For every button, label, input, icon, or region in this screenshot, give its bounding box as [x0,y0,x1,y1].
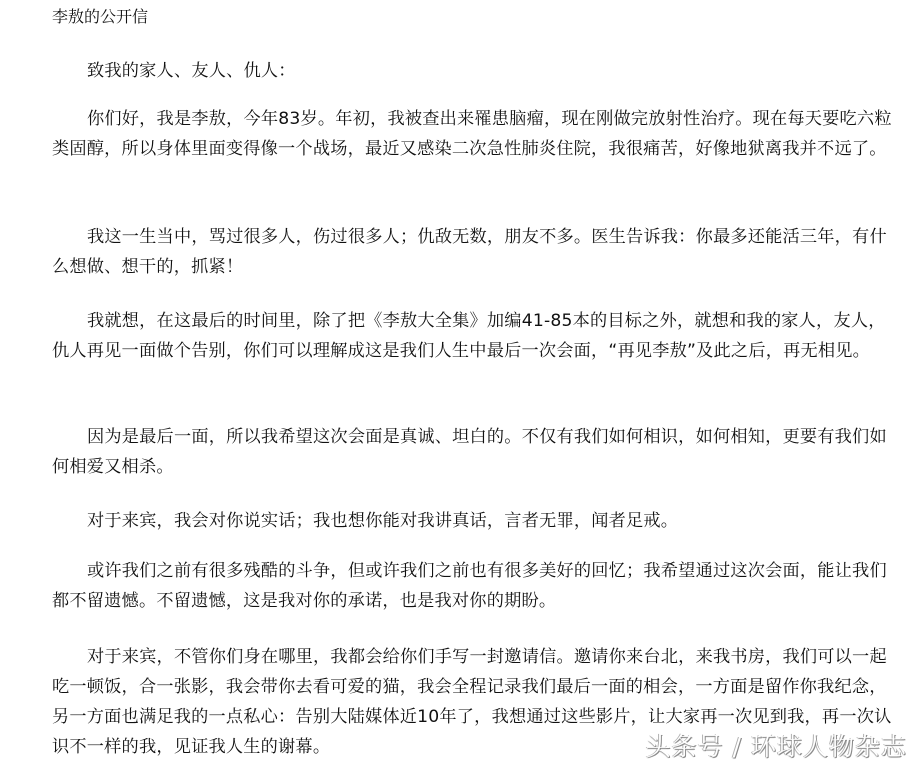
letter-title: 李敖的公开信 [52,6,148,28]
paragraph-1: 你们好，我是李敖，今年83岁。年初，我被查出来罹患脑瘤，现在刚做完放射性治疗。现… [52,104,902,164]
paragraph-4: 因为是最后一面，所以我希望这次会面是真诚、坦白的。不仅有我们如何相识，如何相知，… [52,422,902,482]
source-watermark: 头条号 / 环球人物杂志 [646,730,907,764]
paragraph-6: 或许我们之前有很多残酷的斗争，但或许我们之前也有很多美好的回忆；我希望通过这次会… [52,556,902,616]
paragraph-2: 我这一生当中，骂过很多人，伤过很多人；仇敌无数，朋友不多。医生告诉我：你最多还能… [52,222,902,282]
paragraph-3: 我就想，在这最后的时间里，除了把《李敖大全集》加编41-85本的目标之外，就想和… [52,306,902,366]
letter-salutation: 致我的家人、友人、仇人： [52,56,902,86]
paragraph-5: 对于来宾，我会对你说实话；我也想你能对我讲真话，言者无罪，闻者足戒。 [52,506,902,536]
